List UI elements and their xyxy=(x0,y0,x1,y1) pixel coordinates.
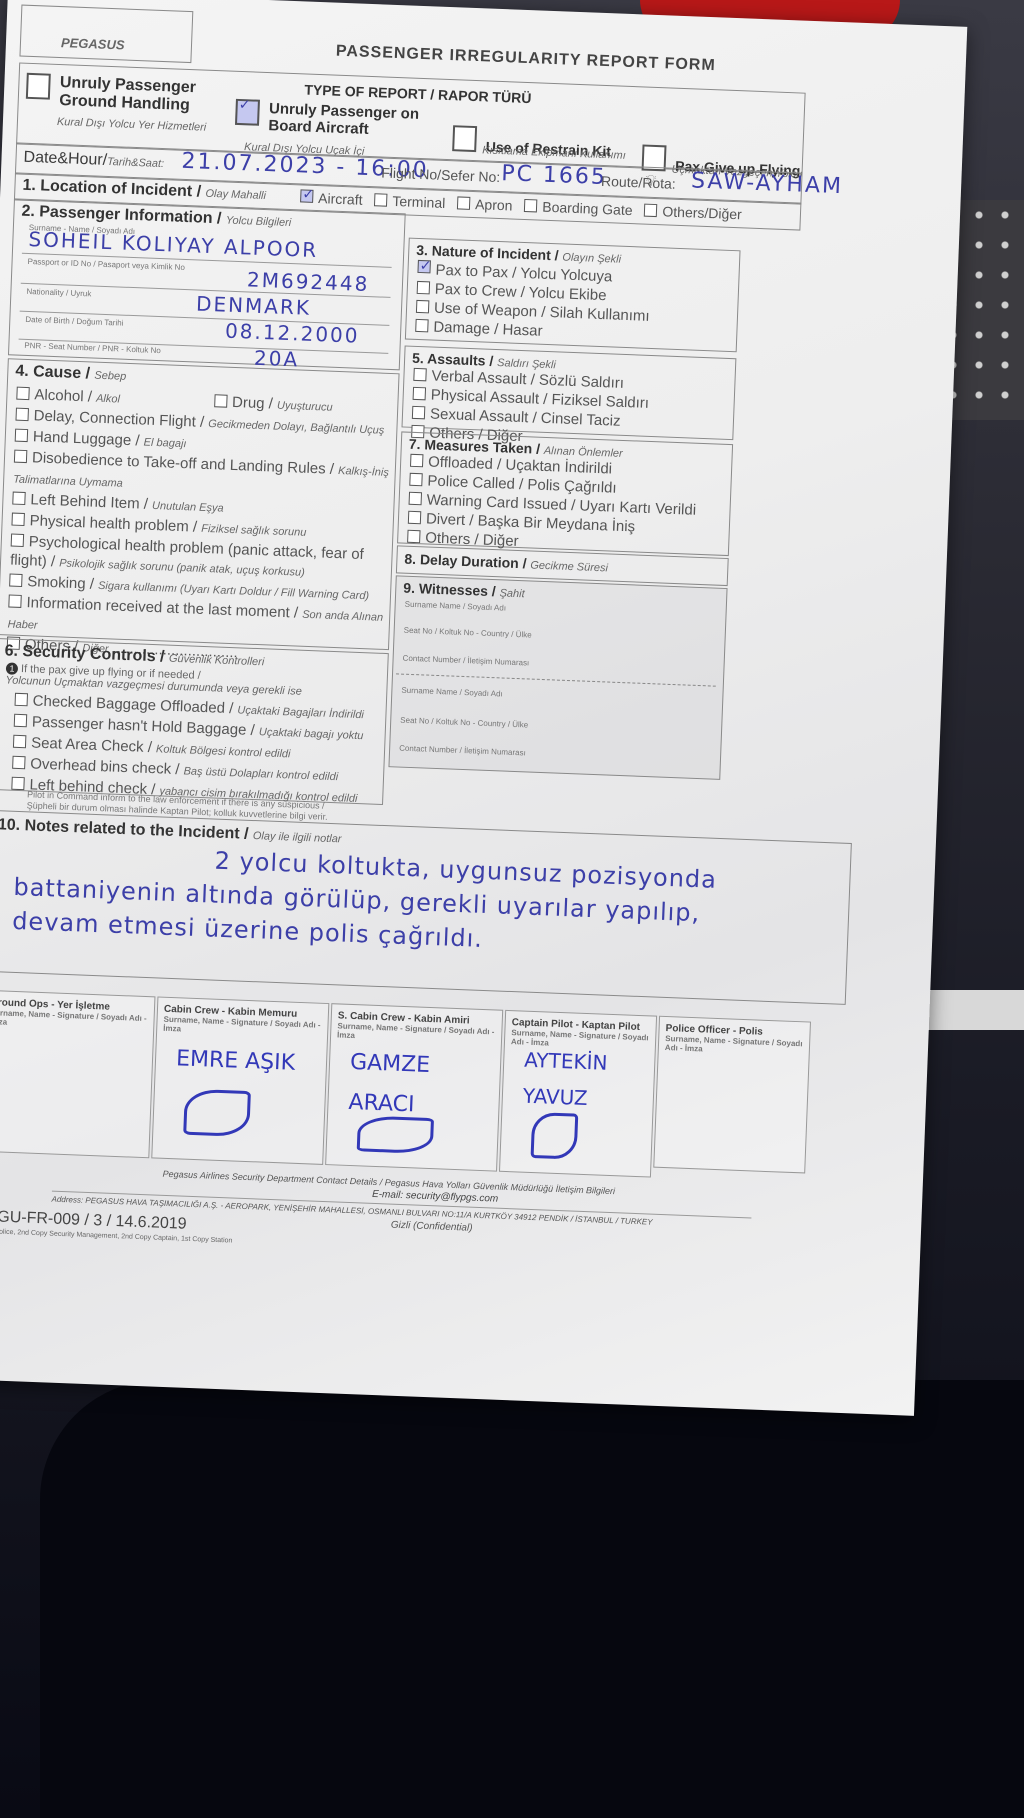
logo-box: PEGASUS xyxy=(19,5,193,64)
signature-name: AYTEKİN YAVUZ xyxy=(522,1042,645,1119)
location-aircraft[interactable]: Aircraft xyxy=(300,189,363,207)
irregularity-report-form: PEGASUS PASSENGER IRREGULARITY REPORT FO… xyxy=(0,0,967,1416)
checkbox-checked[interactable] xyxy=(235,99,260,126)
footer-confidential: Gizli (Confidential) xyxy=(391,1220,473,1234)
signature-cabin-crew[interactable]: Cabin Crew - Kabin MemuruSurname, Name -… xyxy=(151,996,329,1164)
dob-value[interactable]: 08.12.2000 xyxy=(225,319,360,348)
signature-scribble xyxy=(531,1112,579,1160)
signature-scribble xyxy=(357,1115,434,1154)
signature-ground-ops[interactable]: Ground Ops - Yer İşletmeSurname, Name - … xyxy=(0,990,155,1158)
signature-senior-cabin-crew[interactable]: S. Cabin Crew - Kabin AmiriSurname, Name… xyxy=(325,1003,503,1171)
nationality-value[interactable]: DENMARK xyxy=(196,291,312,319)
report-type-restrain-kit[interactable]: Use of Restrain Kit Kısıtlama Ekipmanı K… xyxy=(452,125,612,161)
signature-name: GAMZE ARACI xyxy=(348,1043,491,1128)
signature-name: EMRE AŞIK xyxy=(176,1046,296,1076)
signature-scribble xyxy=(183,1089,251,1137)
checkbox[interactable] xyxy=(452,125,477,152)
flight-value[interactable]: PC 1665 xyxy=(501,161,607,190)
footer-email[interactable]: E-mail: security@flypgs.com xyxy=(372,1189,499,1205)
background-lap xyxy=(40,1380,1024,1818)
checkbox[interactable] xyxy=(26,73,51,100)
measures-list: Offloaded / Uçaktan İndirildi Police Cal… xyxy=(407,452,698,558)
location-terminal[interactable]: Terminal xyxy=(374,192,445,211)
signature-police[interactable]: Police Officer - PolisSurname, Name - Si… xyxy=(653,1016,811,1174)
signature-captain[interactable]: Captain Pilot - Kaptan PilotSurname, Nam… xyxy=(499,1010,657,1178)
pegasus-logo: PEGASUS xyxy=(61,35,125,52)
cause-list: Alcohol / Alkol Drug / Uyuşturucu Delay,… xyxy=(6,385,396,670)
form-title: PASSENGER IRREGULARITY REPORT FORM xyxy=(336,43,717,76)
cause-drug[interactable]: Drug / Uyuşturucu xyxy=(214,393,333,415)
route-label: Route/Rota: xyxy=(601,173,676,192)
info-number-icon: 1 xyxy=(6,662,18,674)
location-apron[interactable]: Apron xyxy=(457,195,513,213)
nature-list: Pax to Pax / Yolcu Yolcuya Pax to Crew /… xyxy=(415,260,651,345)
